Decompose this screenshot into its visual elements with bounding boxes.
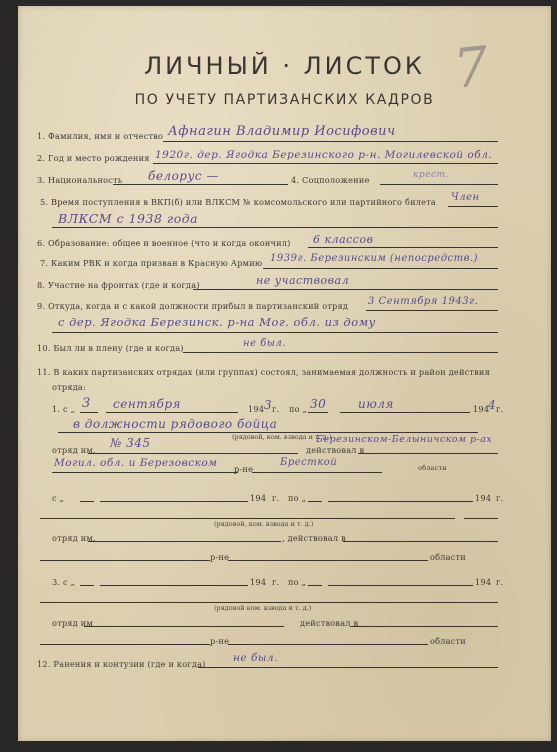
underline bbox=[308, 247, 498, 248]
entry3-oblasti-label: области bbox=[430, 636, 466, 646]
underline bbox=[263, 268, 498, 269]
entry3-number: 3. с „ bbox=[52, 577, 75, 587]
label-nationality: 3. Национальность bbox=[37, 175, 122, 185]
value-full-name[interactable]: Афнагин Владимир Иосифович bbox=[168, 124, 396, 139]
entry1-day-to[interactable]: 30 bbox=[310, 397, 326, 411]
entry2-deistvoval-label: , действовал в bbox=[282, 533, 346, 543]
underline bbox=[380, 184, 498, 185]
underline bbox=[80, 412, 98, 413]
entry3-rne-label: р-не bbox=[210, 636, 229, 646]
underline bbox=[358, 453, 498, 454]
underline bbox=[228, 644, 428, 645]
entry1-number: 1. с „ bbox=[52, 404, 75, 414]
underline bbox=[153, 163, 498, 164]
underline bbox=[40, 644, 210, 645]
underline bbox=[198, 667, 498, 668]
entry2-number: с „ bbox=[52, 493, 64, 503]
entry2-year-prefix-from: 194 bbox=[250, 493, 266, 503]
underline bbox=[80, 585, 94, 586]
value-education[interactable]: 6 классов bbox=[313, 233, 373, 246]
value-front-participation[interactable]: не участвовал bbox=[256, 274, 349, 287]
value-captivity[interactable]: не был. bbox=[243, 338, 286, 349]
entry1-rne[interactable]: Бресткой bbox=[280, 457, 337, 468]
entry2-position-caption: (рядовой, ком. взвода и т. д.) bbox=[214, 520, 313, 528]
value-wounds[interactable]: не был. bbox=[233, 652, 278, 664]
underline bbox=[88, 541, 281, 542]
label-birth: 2. Год и место рождения bbox=[37, 153, 150, 163]
label-social-status: 4. Соцположение bbox=[291, 175, 370, 185]
entry3-g-from: г. bbox=[272, 577, 279, 587]
entry2-year-prefix-to: 194 bbox=[475, 493, 491, 503]
entry1-g-from: г. bbox=[272, 404, 279, 414]
underline bbox=[308, 501, 322, 502]
underline bbox=[183, 352, 498, 353]
underline bbox=[84, 626, 284, 627]
entry1-g-to: г. bbox=[496, 404, 503, 414]
entry1-year-to[interactable]: 4 bbox=[488, 398, 496, 412]
entry1-year-prefix-to: 194 bbox=[473, 404, 489, 414]
underline bbox=[328, 585, 473, 586]
form-sheet: ЛИЧНЫЙ · ЛИСТОК ПО УЧЕТУ ПАРТИЗАНСКИХ КА… bbox=[18, 6, 551, 741]
underline bbox=[448, 206, 498, 207]
entry1-region[interactable]: Могил. обл. и Березовском bbox=[54, 457, 217, 469]
underline bbox=[40, 518, 455, 519]
label-education: 6. Образование: общее и военное (что и к… bbox=[37, 238, 291, 248]
value-party-membership-cont[interactable]: ВЛКСМ с 1938 года bbox=[58, 211, 198, 226]
underline bbox=[464, 518, 498, 519]
underline bbox=[40, 602, 498, 603]
value-conscription[interactable]: 1939г. Березинским (непосредств.) bbox=[270, 253, 478, 264]
entry1-day-from[interactable]: 3 bbox=[82, 396, 91, 411]
underline bbox=[100, 585, 248, 586]
underline bbox=[252, 472, 382, 473]
entry3-year-prefix-from: 194 bbox=[250, 577, 266, 587]
entry2-po: по „ bbox=[288, 493, 306, 503]
entry1-deistvoval-label: действовал в bbox=[306, 445, 364, 455]
entry2-rne-label: р-не bbox=[210, 552, 229, 562]
entry2-g-to: г. bbox=[496, 493, 503, 503]
underline bbox=[163, 141, 498, 142]
underline bbox=[113, 184, 288, 185]
underline bbox=[228, 560, 428, 561]
underline bbox=[106, 412, 238, 413]
underline bbox=[308, 585, 322, 586]
underline bbox=[340, 412, 470, 413]
entry1-rne-label: р-не bbox=[234, 464, 253, 474]
underline bbox=[88, 453, 298, 454]
entry1-month-from[interactable]: сентября bbox=[113, 397, 181, 411]
entry1-position[interactable]: в должности рядового бойца bbox=[73, 417, 277, 431]
value-nationality[interactable]: белорус — bbox=[148, 169, 219, 183]
underline bbox=[100, 501, 248, 502]
underline bbox=[52, 227, 498, 228]
underline bbox=[193, 289, 498, 290]
entry3-po: по „ bbox=[288, 577, 306, 587]
value-birth[interactable]: 1920г. дер. Ягодка Березинского р-н. Мог… bbox=[155, 149, 492, 161]
entry2-oblasti-label: области bbox=[430, 552, 466, 562]
underline bbox=[40, 560, 210, 561]
underline bbox=[343, 541, 498, 542]
label-wounds: 12. Ранения и контузии (где и когда) bbox=[37, 659, 206, 669]
value-arrival-place[interactable]: с дер. Ягодка Березинск. р-на Мог. обл. … bbox=[58, 315, 376, 329]
label-front-participation: 8. Участие на фронтах (где и когда) bbox=[37, 280, 200, 290]
label-arrival: 9. Откуда, когда и с какой должности при… bbox=[37, 301, 348, 311]
entry1-po: по „ bbox=[289, 404, 307, 414]
entry1-otryad[interactable]: № 345 bbox=[110, 436, 151, 450]
value-party-membership[interactable]: Член bbox=[451, 192, 480, 203]
underline bbox=[328, 501, 473, 502]
entry1-year-from[interactable]: 3 bbox=[264, 398, 272, 412]
entry3-position-caption: (рядовой ком. взвода и т. д.) bbox=[214, 604, 311, 612]
value-arrival-date[interactable]: 3 Сентября 1943г. bbox=[368, 296, 478, 307]
label-full-name: 1. Фамилия, имя и отчество bbox=[37, 131, 163, 141]
label-party-membership: 5. Время поступления в ВКП(б) или ВЛКСМ … bbox=[40, 197, 436, 207]
label-detachments-cont: отряда: bbox=[52, 382, 86, 392]
entry1-year-prefix-from: 194 bbox=[248, 404, 264, 414]
underline bbox=[52, 472, 238, 473]
entry1-month-to[interactable]: июля bbox=[358, 397, 394, 411]
underline bbox=[308, 412, 328, 413]
value-social-status[interactable]: крест. bbox=[413, 170, 449, 180]
underline bbox=[80, 501, 94, 502]
underline bbox=[52, 332, 498, 333]
label-captivity: 10. Был ли в плену (где и когда) bbox=[37, 343, 184, 353]
label-detachments: 11. В каких партизанских отрядах (или гр… bbox=[37, 367, 490, 377]
underline bbox=[366, 310, 498, 311]
entry2-g-from: г. bbox=[272, 493, 279, 503]
pencil-sheet-number: 7 bbox=[451, 34, 492, 100]
underline bbox=[350, 626, 498, 627]
entry3-year-prefix-to: 194 bbox=[475, 577, 491, 587]
entry1-oblasti-label: областн bbox=[418, 464, 447, 472]
label-conscription: 7. Каким РВК и когда призван в Красную А… bbox=[40, 258, 262, 268]
entry3-g-to: г. bbox=[496, 577, 503, 587]
entry1-deistvoval[interactable]: Березинском-Белыничском р-ах bbox=[316, 434, 492, 445]
